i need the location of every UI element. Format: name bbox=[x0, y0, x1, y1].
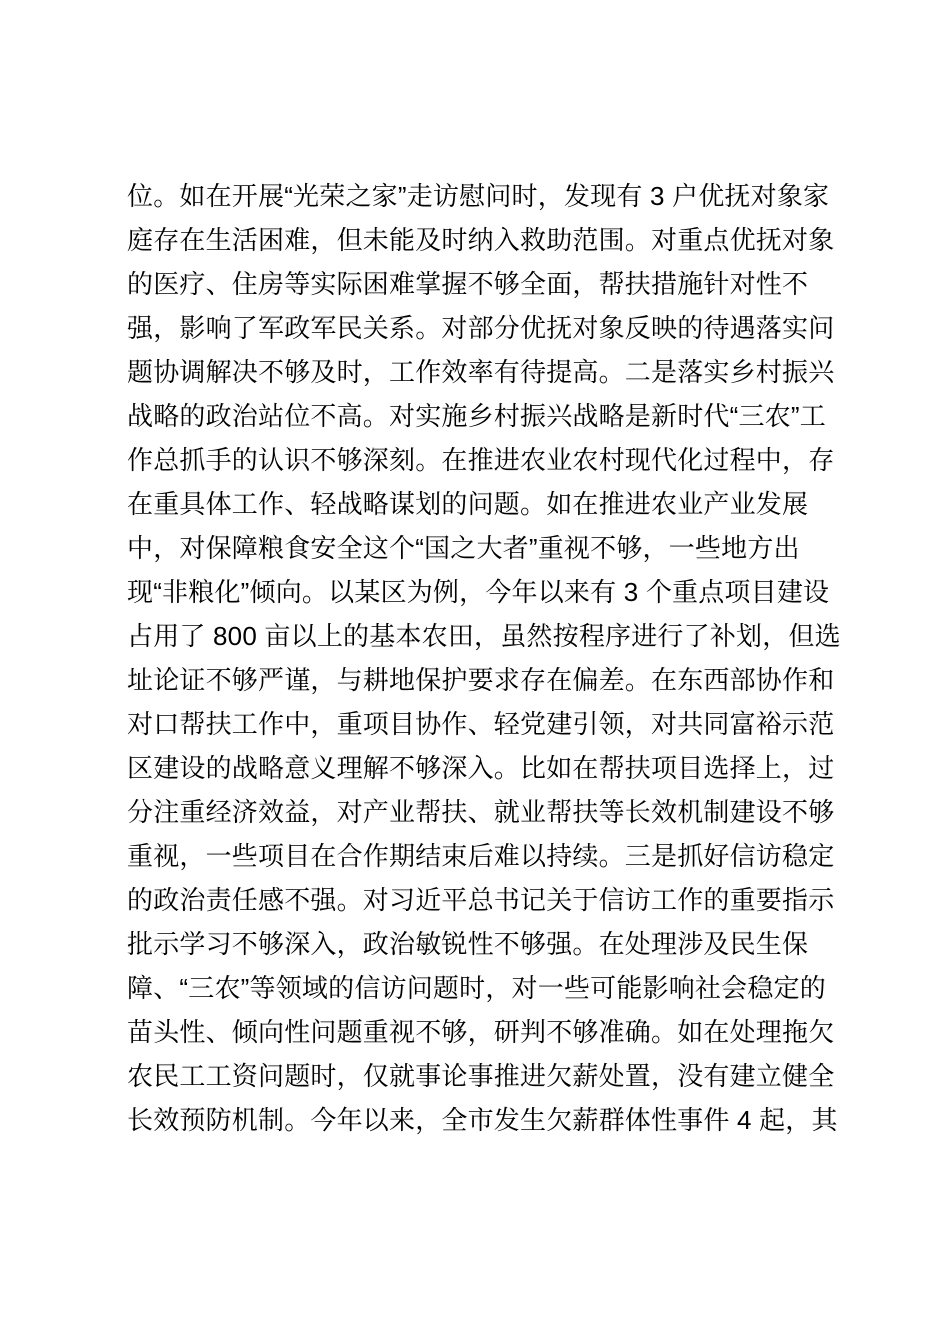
text-line: 强，影响了军政军民关系。对部分优抚对象反映的待遇落实问 bbox=[127, 306, 887, 350]
text-line: 农民工工资问题时，仅就事论事推进欠薪处置，没有建立健全 bbox=[127, 1054, 887, 1098]
text-line: 批示学习不够深入，政治敏锐性不够强。在处理涉及民生保 bbox=[127, 922, 887, 966]
text-line: 苗头性、倾向性问题重视不够，研判不够准确。如在处理拖欠 bbox=[127, 1010, 887, 1054]
text-line: 长效预防机制。今年以来，全市发生欠薪群体性事件 4 起，其 bbox=[127, 1098, 887, 1142]
text-line: 的医疗、住房等实际困难掌握不够全面，帮扶措施针对性不 bbox=[127, 262, 887, 306]
text-line: 位。如在开展“光荣之家”走访慰问时，发现有 3 户优抚对象家 bbox=[127, 174, 887, 218]
text-line: 庭存在生活困难，但未能及时纳入救助范围。对重点优抚对象 bbox=[127, 218, 887, 262]
text-line: 占用了 800 亩以上的基本农田，虽然按程序进行了补划，但选 bbox=[127, 614, 887, 658]
text-line: 战略的政治站位不高。对实施乡村振兴战略是新时代“三农”工 bbox=[127, 394, 887, 438]
text-line: 的政治责任感不强。对习近平总书记关于信访工作的重要指示 bbox=[127, 878, 887, 922]
text-line: 区建设的战略意义理解不够深入。比如在帮扶项目选择上，过 bbox=[127, 746, 887, 790]
text-line: 现“非粮化”倾向。以某区为例，今年以来有 3 个重点项目建设 bbox=[127, 570, 887, 614]
text-line: 对口帮扶工作中，重项目协作、轻党建引领，对共同富裕示范 bbox=[127, 702, 887, 746]
text-line: 作总抓手的认识不够深刻。在推进农业农村现代化过程中，存 bbox=[127, 438, 887, 482]
text-line: 分注重经济效益，对产业帮扶、就业帮扶等长效机制建设不够 bbox=[127, 790, 887, 834]
body-text: 位。如在开展“光荣之家”走访慰问时，发现有 3 户优抚对象家 庭存在生活困难，但… bbox=[127, 174, 887, 1142]
text-line: 中，对保障粮食安全这个“国之大者”重视不够，一些地方出 bbox=[127, 526, 887, 570]
document-page: 位。如在开展“光荣之家”走访慰问时，发现有 3 户优抚对象家 庭存在生活困难，但… bbox=[0, 0, 950, 1344]
text-line: 障、“三农”等领域的信访问题时，对一些可能影响社会稳定的 bbox=[127, 966, 887, 1010]
text-line: 址论证不够严谨，与耕地保护要求存在偏差。在东西部协作和 bbox=[127, 658, 887, 702]
text-line: 在重具体工作、轻战略谋划的问题。如在推进农业产业发展 bbox=[127, 482, 887, 526]
text-line: 重视，一些项目在合作期结束后难以持续。三是抓好信访稳定 bbox=[127, 834, 887, 878]
text-line: 题协调解决不够及时，工作效率有待提高。二是落实乡村振兴 bbox=[127, 350, 887, 394]
